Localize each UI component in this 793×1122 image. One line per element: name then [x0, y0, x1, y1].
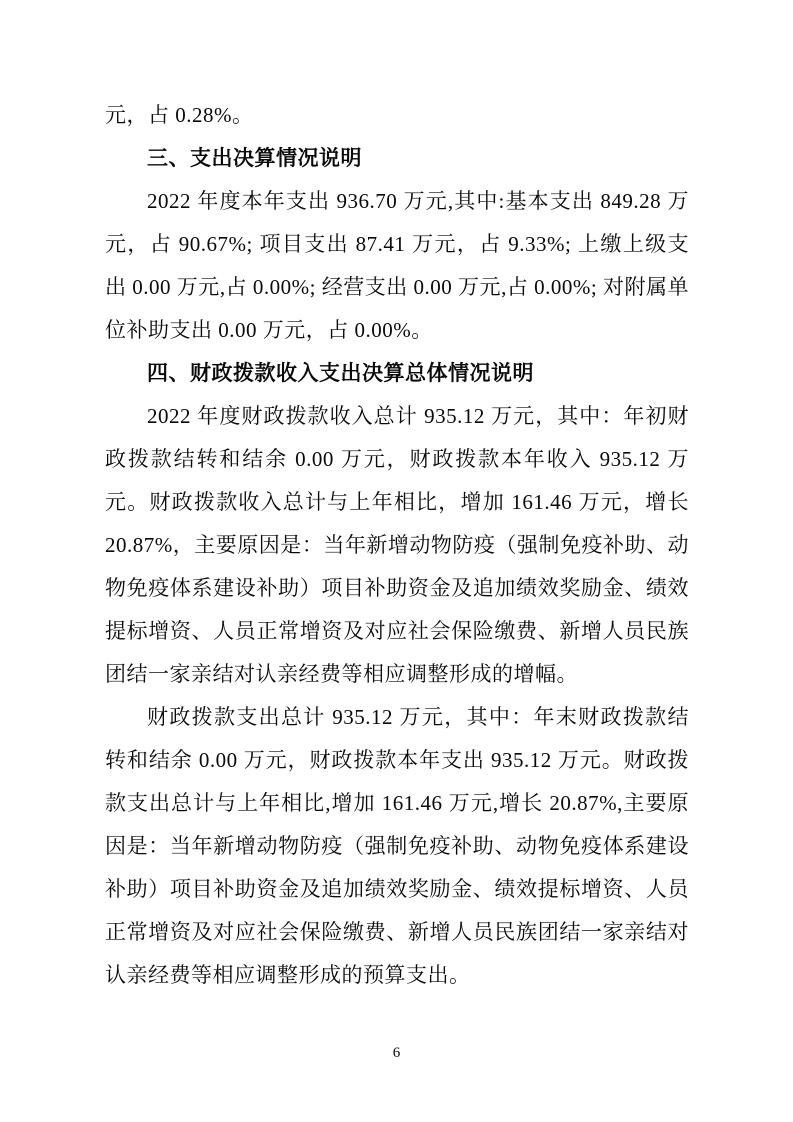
document-body: 元，占 0.28%。 三、支出决算情况说明 2022 年度本年支出 936.70… — [105, 94, 689, 997]
document-page: 元，占 0.28%。 三、支出决算情况说明 2022 年度本年支出 936.70… — [0, 0, 793, 1122]
paragraph-fiscal-income-detail: 2022 年度财政拨款收入总计 935.12 万元，其中：年初财政拨款结转和结余… — [105, 395, 689, 696]
paragraph-expenditure-detail: 2022 年度本年支出 936.70 万元,其中:基本支出 849.28 万元，… — [105, 180, 689, 352]
section-heading-expenditure: 三、支出决算情况说明 — [105, 137, 689, 180]
section-heading-fiscal-appropriation: 四、财政拨款收入支出决算总体情况说明 — [105, 352, 689, 395]
paragraph-fiscal-expenditure-detail: 财政拨款支出总计 935.12 万元，其中：年末财政拨款结转和结余 0.00 万… — [105, 696, 689, 997]
paragraph-continuation-percent: 元，占 0.28%。 — [105, 94, 689, 137]
page-number: 6 — [0, 1044, 793, 1062]
